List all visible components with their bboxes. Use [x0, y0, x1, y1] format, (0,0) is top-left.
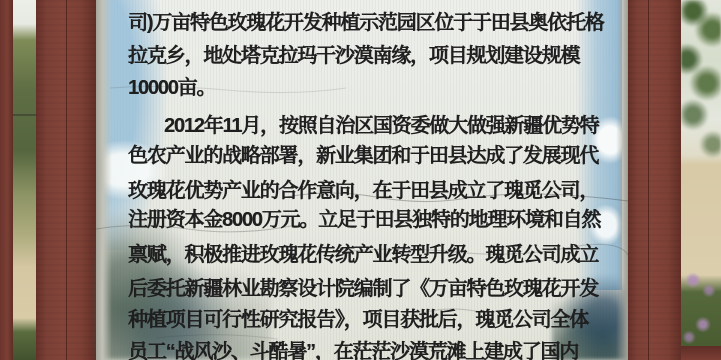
lilac-flower-bush — [681, 265, 721, 350]
sign-text-line: 拉克乡，地处塔克拉玛干沙漠南缘，项目规划建设规模 — [128, 43, 579, 69]
sign-poster: 司)万亩特色玫瑰花开发种植示范园区位于于田县奥依托格 拉克乡，地处塔克拉玛干沙漠… — [96, 0, 628, 360]
sign-frame-left-post — [36, 0, 96, 360]
sign-text-line: 色农产业的战略部署，新业集团和于田县达成了发展现代 — [128, 143, 598, 169]
wood-seam — [66, 0, 67, 360]
sign-text-line: 10000亩。 — [128, 75, 215, 101]
sign-frame-right-post — [628, 0, 681, 360]
sign-text-line: 种植项目可行性研究报告》，项目获批后，瑰觅公司全体 — [128, 307, 588, 333]
sign-text-line: 后委托新疆林业勘察设计院编制了《万亩特色玫瑰花开发 — [128, 276, 598, 302]
sign-text-line: 2012年11月，按照自治区国资委做大做强新疆优势特 — [164, 113, 598, 139]
tree-leaves — [681, 0, 721, 185]
sign-text-line: 司)万亩特色玫瑰花开发种植示范园区位于于田县奥依托格 — [128, 10, 603, 36]
frame-strip-left — [0, 0, 13, 360]
sign-text-line: 禀赋，积极推进玫瑰花传统产业转型升级。瑰觅公司成立 — [128, 242, 598, 268]
wood-seam — [648, 0, 649, 360]
sign-text-line: 注册资本金8000万元。立足于田县独特的地理环境和自然 — [128, 207, 600, 233]
sign-text-line: 玫瑰花优势产业的合作意向，在于田县成立了瑰觅公司， — [128, 178, 598, 204]
fence-wire — [10, 114, 38, 116]
background-right — [681, 0, 721, 360]
fence-rail-bottom-right — [681, 346, 721, 360]
sign-text-line: 员工“战风沙、斗酷暑”，在茫茫沙漠荒滩上建成了国内 — [128, 339, 578, 360]
photo-of-roadside-sign: 司)万亩特色玫瑰花开发种植示范园区位于于田县奥依托格 拉克乡，地处塔克拉玛干沙漠… — [0, 0, 721, 360]
